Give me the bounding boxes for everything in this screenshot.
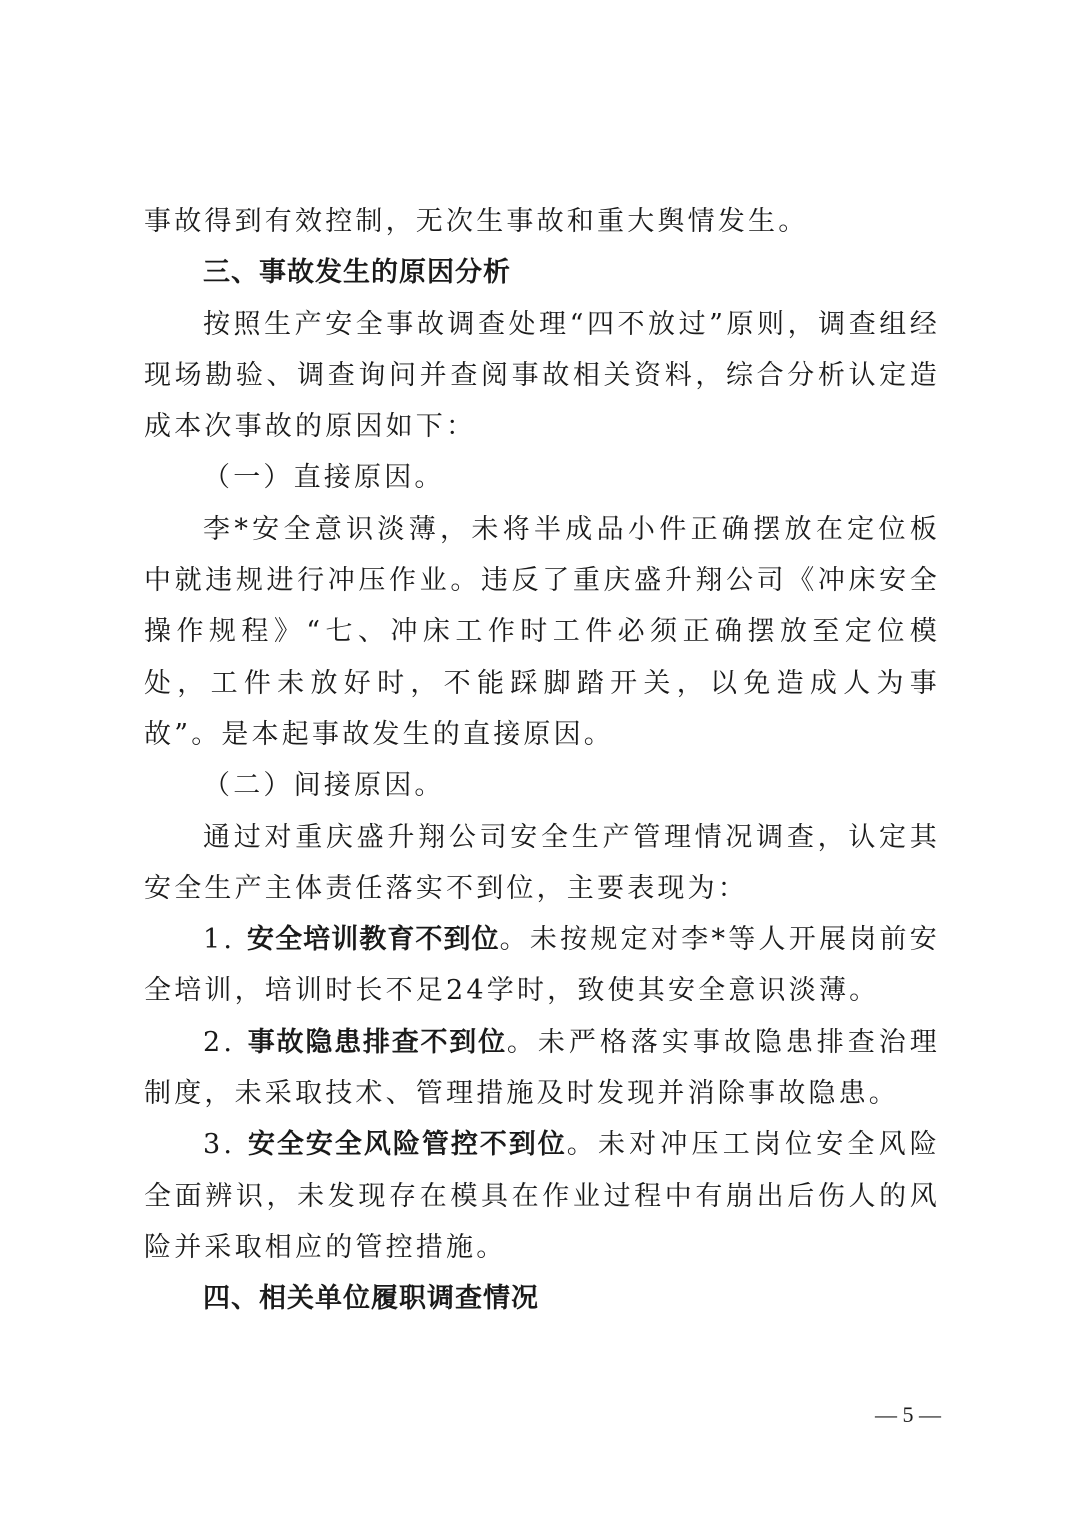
page-number: — 5 — <box>868 1402 948 1428</box>
section-heading-cause-analysis: 三、事故发生的原因分析 <box>144 247 940 298</box>
subheading-direct-cause: （一）直接原因。 <box>144 452 940 503</box>
paragraph-investigation-intro: 按照生产安全事故调查处理“四不放过”原则，调查组经现场勘验、调查询问并查阅事故相… <box>144 299 940 453</box>
list-item-number: 3. <box>203 1129 235 1160</box>
document-body: 事故得到有效控制，无次生事故和重大舆情发生。 三、事故发生的原因分析 按照生产安… <box>144 196 940 1325</box>
list-item-number: 2. <box>203 1027 235 1058</box>
list-item-title: 事故隐患排查不到位 <box>248 1027 507 1058</box>
section-heading-related-units: 四、相关单位履职调查情况 <box>144 1273 940 1324</box>
document-page: 事故得到有效控制，无次生事故和重大舆情发生。 三、事故发生的原因分析 按照生产安… <box>0 0 1074 1520</box>
paragraph-continuation: 事故得到有效控制，无次生事故和重大舆情发生。 <box>144 196 940 247</box>
subheading-indirect-cause: （二）间接原因。 <box>144 760 940 811</box>
list-item-hazard-inspection: 2. 事故隐患排查不到位。未严格落实事故隐患排查治理制度，未采取技术、管理措施及… <box>144 1017 940 1120</box>
list-item-number: 1. <box>203 924 235 955</box>
paragraph-direct-cause: 李*安全意识淡薄，未将半成品小件正确摆放在定位板中就违规进行冲压作业。违反了重庆… <box>144 504 940 760</box>
list-item-title: 安全培训教育不到位 <box>247 924 500 955</box>
list-item-title: 安全安全风险管控不到位 <box>248 1129 567 1160</box>
list-item-risk-control: 3. 安全安全风险管控不到位。未对冲压工岗位安全风险全面辨识，未发现存在模具在作… <box>144 1119 940 1273</box>
paragraph-indirect-cause-intro: 通过对重庆盛升翔公司安全生产管理情况调查，认定其安全生产主体责任落实不到位，主要… <box>144 812 940 915</box>
list-item-training: 1. 安全培训教育不到位。未按规定对李*等人开展岗前安全培训，培训时长不足24学… <box>144 914 940 1017</box>
